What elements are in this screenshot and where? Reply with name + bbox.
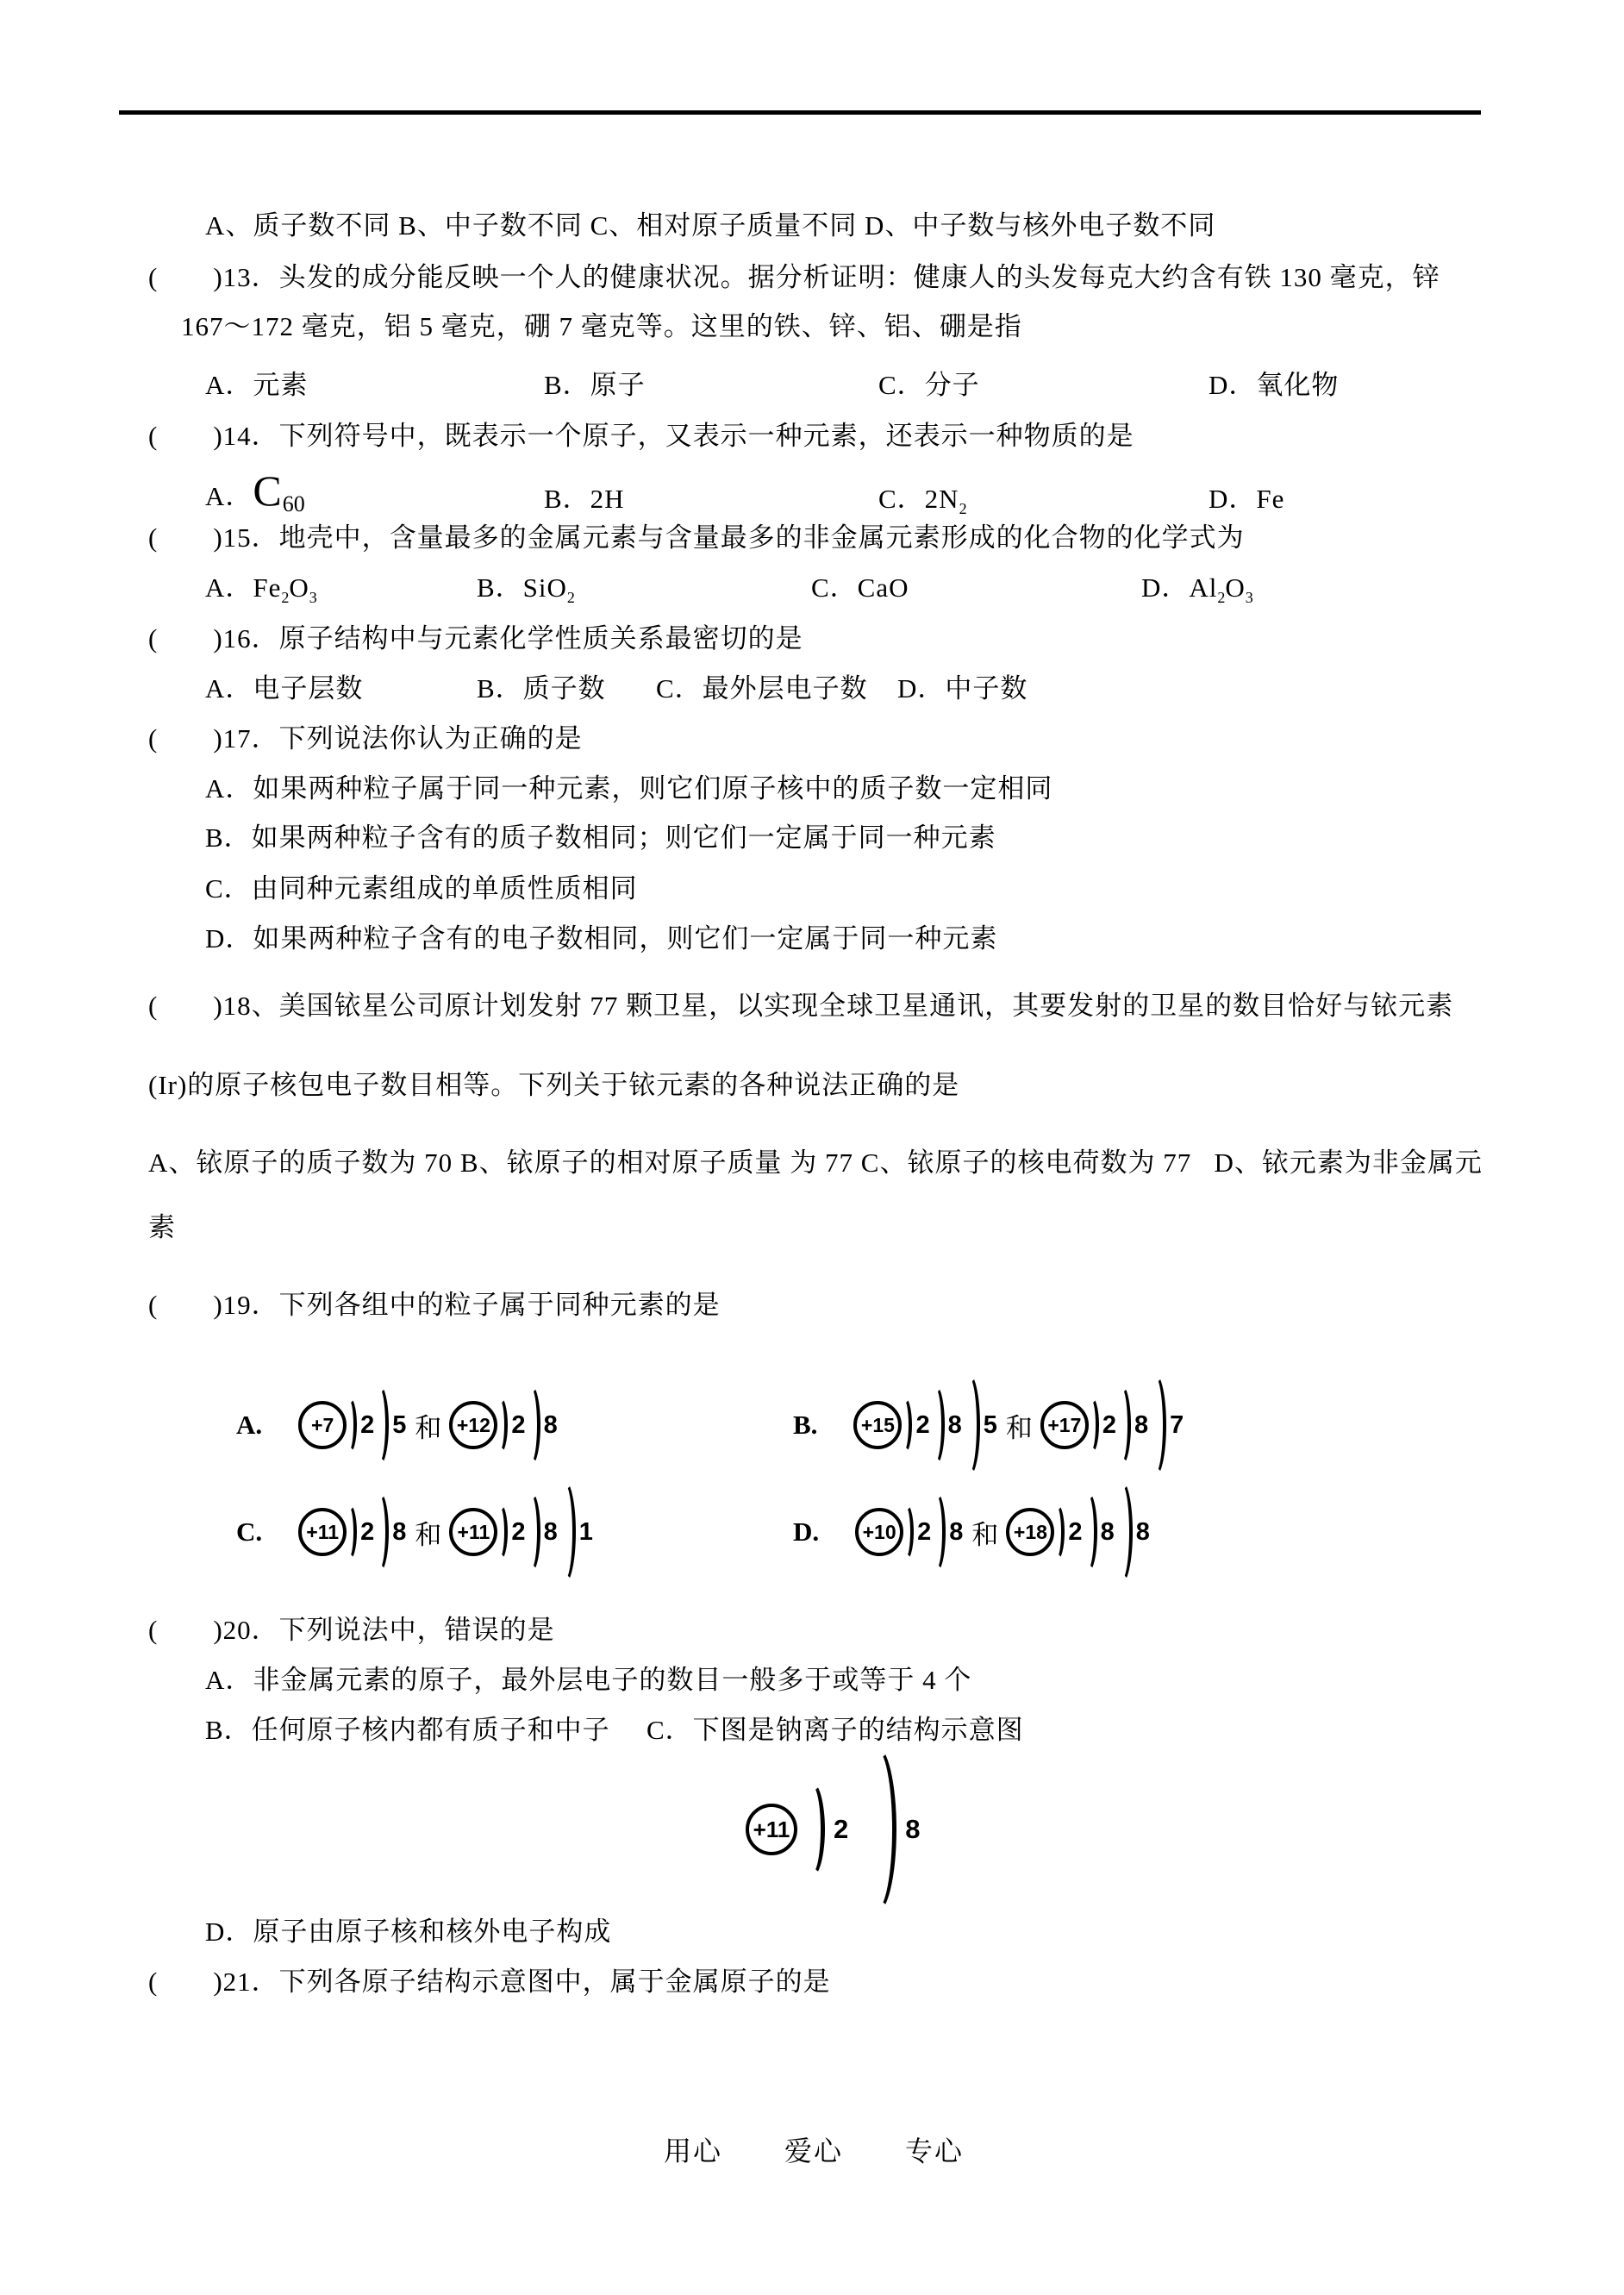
q16-option-b: B．质子数 xyxy=(477,672,606,705)
atom-diagram: +11 2 8 xyxy=(298,1491,407,1573)
shell-arc xyxy=(341,1504,357,1560)
atom-nucleus: +7 xyxy=(298,1401,347,1449)
q17-option-d: D．如果两种粒子含有的电子数相同，则它们一定属于同一种元素 xyxy=(205,922,997,955)
shell-arc xyxy=(522,1385,540,1466)
q15-option-a-text: A．Fe xyxy=(205,572,281,603)
and-joiner: 和 xyxy=(415,1513,441,1552)
q15-option-a: A．Fe2O3 xyxy=(205,572,317,614)
q19-option-c: C. +11 2 8 和 +11 2 8 1 xyxy=(236,1459,594,1605)
q17-option-c: C．由同种元素组成的单质性质相同 xyxy=(205,872,638,905)
q19-stem: ( )19．下列各组中的粒子属于同种元素的是 xyxy=(148,1289,721,1322)
and-joiner: 和 xyxy=(415,1406,441,1445)
q19-option-c-label: C. xyxy=(236,1516,262,1548)
atom-diagram: +10 2 8 xyxy=(855,1491,964,1573)
q16-option-c: C．最外层电子数 xyxy=(656,672,868,705)
shell-arc xyxy=(1112,1385,1131,1466)
q13-option-a: A．元素 xyxy=(205,369,308,402)
q15-option-b: B．SiO2 xyxy=(477,572,575,614)
q15-option-d-text: D．Al xyxy=(1141,572,1217,603)
q15-option-b-sub1: 2 xyxy=(567,589,575,606)
page-footer: 用心 爱心 专心 xyxy=(664,2129,964,2169)
and-joiner: 和 xyxy=(971,1513,998,1552)
shell-arc xyxy=(522,1491,540,1573)
electron-count: 8 xyxy=(392,1518,406,1547)
shell-arc xyxy=(370,1385,389,1466)
footer-item-2: 爱心 xyxy=(784,2129,843,2169)
atom-diagram: +7 2 5 xyxy=(298,1385,407,1466)
q16-option-a: A．电子层数 xyxy=(205,672,363,705)
atom-diagram: +12 2 8 xyxy=(449,1385,558,1466)
q19-option-d: D. +10 2 8 和 +18 2 8 8 xyxy=(793,1459,1151,1605)
exam-page: A、质子数不同 B、中子数不同 C、相对原子质量不同 D、中子数与核外电子数不同… xyxy=(0,0,1624,2295)
atom-diagram: +18 2 8 8 xyxy=(1006,1480,1150,1584)
electron-count: 8 xyxy=(544,1411,558,1440)
and-joiner: 和 xyxy=(1006,1406,1033,1445)
shell-arc xyxy=(927,1491,946,1573)
q14-option-a: A．C60 xyxy=(205,469,305,521)
q18-options-continuation: 素 xyxy=(148,1211,176,1244)
footer-item-1: 用心 xyxy=(664,2129,722,2169)
q17-option-a: A．如果两种粒子属于同一种元素，则它们原子核中的质子数一定相同 xyxy=(205,772,1052,805)
electron-shell: 1 xyxy=(559,1480,594,1584)
q15-option-d: D．Al2O3 xyxy=(1141,572,1253,614)
q14-option-c-subscript: 2 xyxy=(959,500,967,517)
electron-count: 8 xyxy=(905,1814,920,1845)
q20-option-a: A．非金属元素的原子，最外层电子的数目一般多于或等于 4 个 xyxy=(205,1664,971,1697)
q21-stem: ( )21．下列各原子结构示意图中，属于金属原子的是 xyxy=(148,1966,831,1998)
electron-count: 2 xyxy=(834,1814,848,1845)
q16-stem: ( )16．原子结构中与元素化学性质关系最密切的是 xyxy=(148,622,803,655)
electron-shell: 5 xyxy=(375,1385,407,1466)
shell-arc xyxy=(896,1397,912,1454)
electron-count: 5 xyxy=(984,1411,997,1440)
q20-option-d: D．原子由原子核和核外电子构成 xyxy=(205,1916,611,1948)
shell-arc xyxy=(492,1504,508,1560)
atom-nucleus: +11 xyxy=(746,1804,797,1855)
q18-stem-line1: ( )18、美国铱星公司原计划发射 77 颗卫星，以实现全球卫星通讯，其要发射的… xyxy=(148,990,1453,1022)
electron-shell: 8 xyxy=(852,1746,923,1913)
sodium-ion-diagram: +11 2 8 xyxy=(746,1743,924,1916)
electron-shell: 8 xyxy=(527,1385,559,1466)
electron-count: 5 xyxy=(392,1411,406,1440)
shell-arc xyxy=(341,1397,357,1454)
q16-option-d: D．中子数 xyxy=(897,672,1027,705)
atom-diagram: +11 2 8 1 xyxy=(449,1480,593,1584)
shell-arc xyxy=(1078,1491,1097,1573)
q14-option-d: D．Fe xyxy=(1209,483,1284,516)
q14-option-a-symbol: C xyxy=(253,466,282,515)
q18-stem-line2: (Ir)的原子核包电子数目相等。下列关于铱元素的各种说法正确的是 xyxy=(148,1069,959,1102)
electron-shell: 7 xyxy=(1149,1373,1184,1477)
q15-option-a-text2: O xyxy=(289,572,309,603)
shell-arc xyxy=(1084,1397,1099,1454)
electron-shell: 8 xyxy=(1115,1480,1151,1584)
q12-options-line: A、质子数不同 B、中子数不同 C、相对原子质量不同 D、中子数与核外电子数不同 xyxy=(205,209,1215,242)
atom-nucleus: +11 xyxy=(298,1508,347,1556)
electron-count: 8 xyxy=(1136,1518,1150,1547)
q19-option-a-label: A. xyxy=(236,1410,262,1441)
atom-nucleus: +11 xyxy=(449,1508,497,1556)
shell-arc xyxy=(926,1385,945,1466)
q20-stem: ( )20．下列说法中，错误的是 xyxy=(148,1614,555,1647)
atom-nucleus: +15 xyxy=(853,1401,902,1449)
q17-stem: ( )17．下列说法你认为正确的是 xyxy=(148,722,583,755)
electron-count: 7 xyxy=(1170,1411,1184,1440)
atom-nucleus: +17 xyxy=(1040,1401,1089,1449)
shell-arc xyxy=(492,1397,508,1454)
shell-arc xyxy=(1110,1480,1133,1584)
q13-stem-line2: 167～172 毫克，铝 5 毫克，硼 7 毫克等。这里的铁、锌、铝、硼是指 xyxy=(181,310,1022,343)
q14-option-c: C．2N2 xyxy=(878,483,967,525)
electron-count: 8 xyxy=(949,1518,963,1547)
q15-option-d-sub2: 3 xyxy=(1246,589,1253,606)
q18-options-line: A、铱原子的质子数为 70 B、铱原子的相对原子质量 为 77 C、铱原子的核电… xyxy=(148,1147,1483,1179)
shell-arc xyxy=(553,1480,576,1584)
q20-option-b: B．任何原子核内都有质子和中子 xyxy=(205,1714,610,1747)
q14-option-c-text: C．2N xyxy=(878,484,959,514)
q13-option-d: D．氧化物 xyxy=(1209,369,1339,402)
atom-nucleus: +10 xyxy=(855,1508,903,1556)
atom-nucleus: +18 xyxy=(1006,1508,1054,1556)
q19-option-d-label: D. xyxy=(793,1516,819,1548)
q20-option-c: C．下图是钠离子的结构示意图 xyxy=(646,1714,1024,1747)
electron-shell: 2 xyxy=(797,1782,852,1877)
header-rule xyxy=(119,110,1481,115)
electron-shell: 8 xyxy=(932,1491,964,1573)
q13-option-c: C．分子 xyxy=(878,369,980,402)
q14-option-a-prefix: A． xyxy=(205,481,253,511)
atom-nucleus: +12 xyxy=(449,1401,497,1449)
shell-arc xyxy=(799,1782,825,1877)
shell-arc xyxy=(857,1746,896,1913)
q14-option-b: B．2H xyxy=(544,483,625,516)
shell-arc xyxy=(898,1504,914,1560)
q14-stem: ( )14．下列符号中，既表示一个原子，又表示一种元素，还表示一种物质的是 xyxy=(148,420,1134,453)
q19-option-b-label: B. xyxy=(793,1410,817,1441)
q15-option-d-text2: O xyxy=(1225,572,1245,603)
shell-arc xyxy=(1049,1504,1065,1560)
q13-option-b: B．原子 xyxy=(544,369,646,402)
electron-count: 1 xyxy=(579,1518,593,1547)
q13-stem-line1: ( )13．头发的成分能反映一个人的健康状况。据分析证明：健康人的头发每克大约含… xyxy=(148,261,1440,294)
q15-option-c: C．CaO xyxy=(811,572,909,604)
q15-option-a-sub2: 3 xyxy=(309,589,317,606)
q17-option-b: B．如果两种粒子含有的质子数相同；则它们一定属于同一种元素 xyxy=(205,822,996,854)
shell-arc xyxy=(370,1491,389,1573)
q15-stem: ( )15．地壳中，含量最多的金属元素与含量最多的非金属元素形成的化合物的化学式… xyxy=(148,522,1245,554)
electron-shell: 8 xyxy=(375,1491,407,1573)
footer-item-3: 专心 xyxy=(905,2129,964,2169)
q14-option-a-subscript: 60 xyxy=(283,491,305,516)
q15-option-b-text: B．SiO xyxy=(477,572,567,603)
